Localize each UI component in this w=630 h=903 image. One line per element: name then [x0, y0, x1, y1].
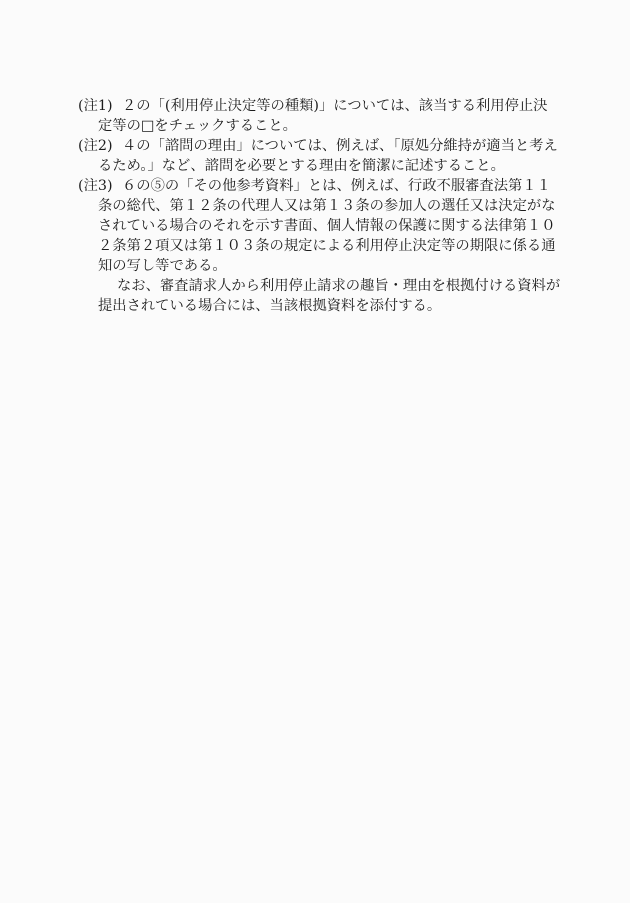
- note-3-label: (注3): [78, 176, 113, 196]
- notes-section: (注1) ２の「(利用停止決定等の種類)」については、該当する利用停止決 定等の…: [98, 96, 560, 316]
- note-line: されている場合のそれを示す書面、個人情報の保護に関する法律第１０: [98, 216, 560, 236]
- note-2: (注2) ４の「諮問の理由」については、例えば、「原処分維持が適当と考え るため…: [98, 136, 560, 176]
- note-3-supplement: なお、審査請求人から利用停止請求の趣旨・理由を根拠付ける資料が 提出されている場…: [98, 276, 560, 316]
- note-line: ４の「諮問の理由」については、例えば、「原処分維持が適当と考え: [98, 136, 560, 156]
- note-line: 定等の□をチェックすること。: [98, 116, 560, 136]
- note-line: 提出されている場合には、当該根拠資料を添付する。: [98, 296, 560, 316]
- note-line: なお、審査請求人から利用停止請求の趣旨・理由を根拠付ける資料が: [98, 276, 560, 296]
- note-2-label: (注2): [78, 136, 113, 156]
- note-line: 知の写し等である。: [98, 256, 560, 276]
- note-line: ２条第２項又は第１０３条の規定による利用停止決定等の期限に係る通: [98, 236, 560, 256]
- note-1-label: (注1): [78, 96, 113, 116]
- note-line: 条の総代、第１２条の代理人又は第１３条の参加人の選任又は決定がな: [98, 196, 560, 216]
- note-line: ２の「(利用停止決定等の種類)」については、該当する利用停止決: [98, 96, 560, 116]
- document-page: (注1) ２の「(利用停止決定等の種類)」については、該当する利用停止決 定等の…: [0, 0, 630, 903]
- note-1: (注1) ２の「(利用停止決定等の種類)」については、該当する利用停止決 定等の…: [98, 96, 560, 136]
- note-3: (注3) ６の⑤の「その他参考資料」とは、例えば、行政不服審査法第１１ 条の総代…: [98, 176, 560, 316]
- note-line: るため。」など、諮問を必要とする理由を簡潔に記述すること。: [98, 156, 560, 176]
- note-line: ６の⑤の「その他参考資料」とは、例えば、行政不服審査法第１１: [98, 176, 560, 196]
